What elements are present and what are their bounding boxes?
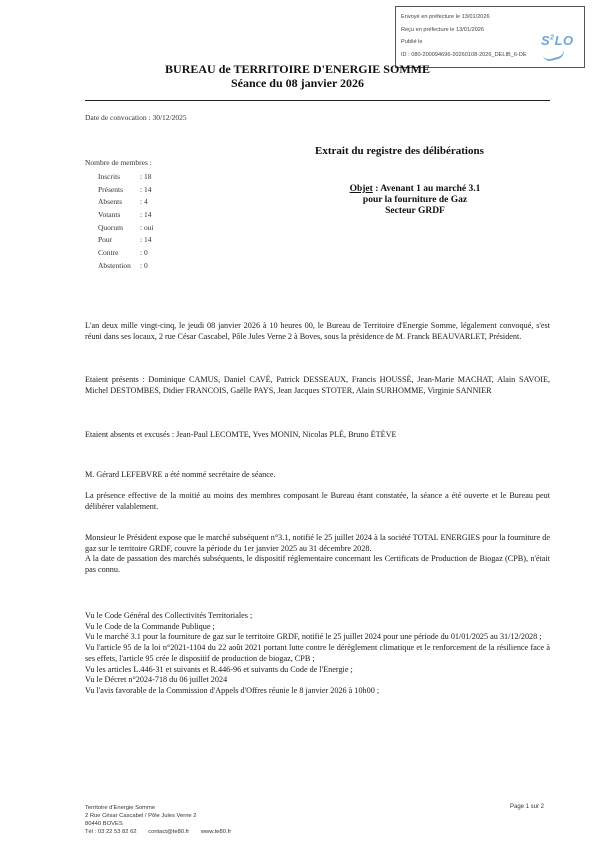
present-members: Etaient présents : Dominique CAMUS, Dani… xyxy=(85,375,550,396)
footer-phone: Tél : 03 22 53 82 62 xyxy=(85,829,137,835)
members-row: Contre: 0 xyxy=(98,247,154,260)
members-row: Quorum: oui xyxy=(98,222,154,235)
vu-item: Vu les articles L.446-31 et suivants et … xyxy=(85,665,550,676)
s2lo-logo-icon: S2LO xyxy=(541,33,584,63)
absent-members: Etaient absents et excusés : Jean-Paul L… xyxy=(85,430,550,441)
vu-item: Vu le Code Général des Collectivités Ter… xyxy=(85,611,550,622)
footer: Territoire d'Energie Somme 2 Rue César C… xyxy=(85,804,241,836)
members-row: Inscrits: 18 xyxy=(98,171,154,184)
extract-title: Extrait du registre des délibérations xyxy=(315,145,484,157)
prefecture-stamp: Envoyé en préfecture le 13/01/2026 Reçu … xyxy=(395,6,585,68)
footer-website[interactable]: www.te80.fr xyxy=(201,829,231,835)
footer-address: 2 Rue César Cascabel / Pôle Jules Verne … xyxy=(85,812,241,820)
secretary-paragraph: M. Gérard LEFEBVRE a été nommé secrétair… xyxy=(85,470,550,481)
stamp-sent: Envoyé en préfecture le 13/01/2026 xyxy=(401,11,579,24)
footer-org: Territoire d'Energie Somme xyxy=(85,804,241,812)
document-title: BUREAU de TERRITOIRE D'ENERGIE SOMME xyxy=(0,62,595,77)
members-row: Pour: 14 xyxy=(98,234,154,247)
members-table: Inscrits: 18 Présents: 14 Absents: 4 Vot… xyxy=(98,171,154,273)
header-divider xyxy=(85,100,550,101)
members-row: Votants: 14 xyxy=(98,209,154,222)
vu-item: Vu l'article 95 de la loi n°2021-1104 du… xyxy=(85,643,550,664)
members-row: Présents: 14 xyxy=(98,184,154,197)
convocation-date: Date de convocation : 30/12/2025 xyxy=(85,113,187,122)
session-date: Séance du 08 janvier 2026 xyxy=(0,76,595,91)
vu-item: Vu le marché 3.1 pour la fourniture de g… xyxy=(85,632,550,643)
vu-item: Vu l'avis favorable de la Commission d'A… xyxy=(85,686,550,697)
vu-item: Vu le Décret n°2024-718 du 06 juillet 20… xyxy=(85,675,550,686)
expose-paragraph: Monsieur le Président expose que le marc… xyxy=(85,533,550,575)
footer-email[interactable]: contact@te80.fr xyxy=(148,829,189,835)
members-row: Abstention: 0 xyxy=(98,260,154,273)
vu-item: Vu le Code de la Commande Publique ; xyxy=(85,622,550,633)
vu-list: Vu le Code Général des Collectivités Ter… xyxy=(85,611,550,697)
members-title: Nombre de membres : xyxy=(85,158,152,167)
page-number: Page 1 sur 2 xyxy=(510,804,544,810)
objet-label: Objet xyxy=(350,184,373,194)
objet-block: Objet : Avenant 1 au marché 3.1 pour la … xyxy=(330,184,500,217)
members-row: Absents: 4 xyxy=(98,196,154,209)
quorum-paragraph: La présence effective de la moitié au mo… xyxy=(85,491,550,512)
footer-city: 80440 BOVES xyxy=(85,820,241,828)
opening-paragraph: L'an deux mille vingt-cinq, le jeudi 08 … xyxy=(85,321,550,342)
